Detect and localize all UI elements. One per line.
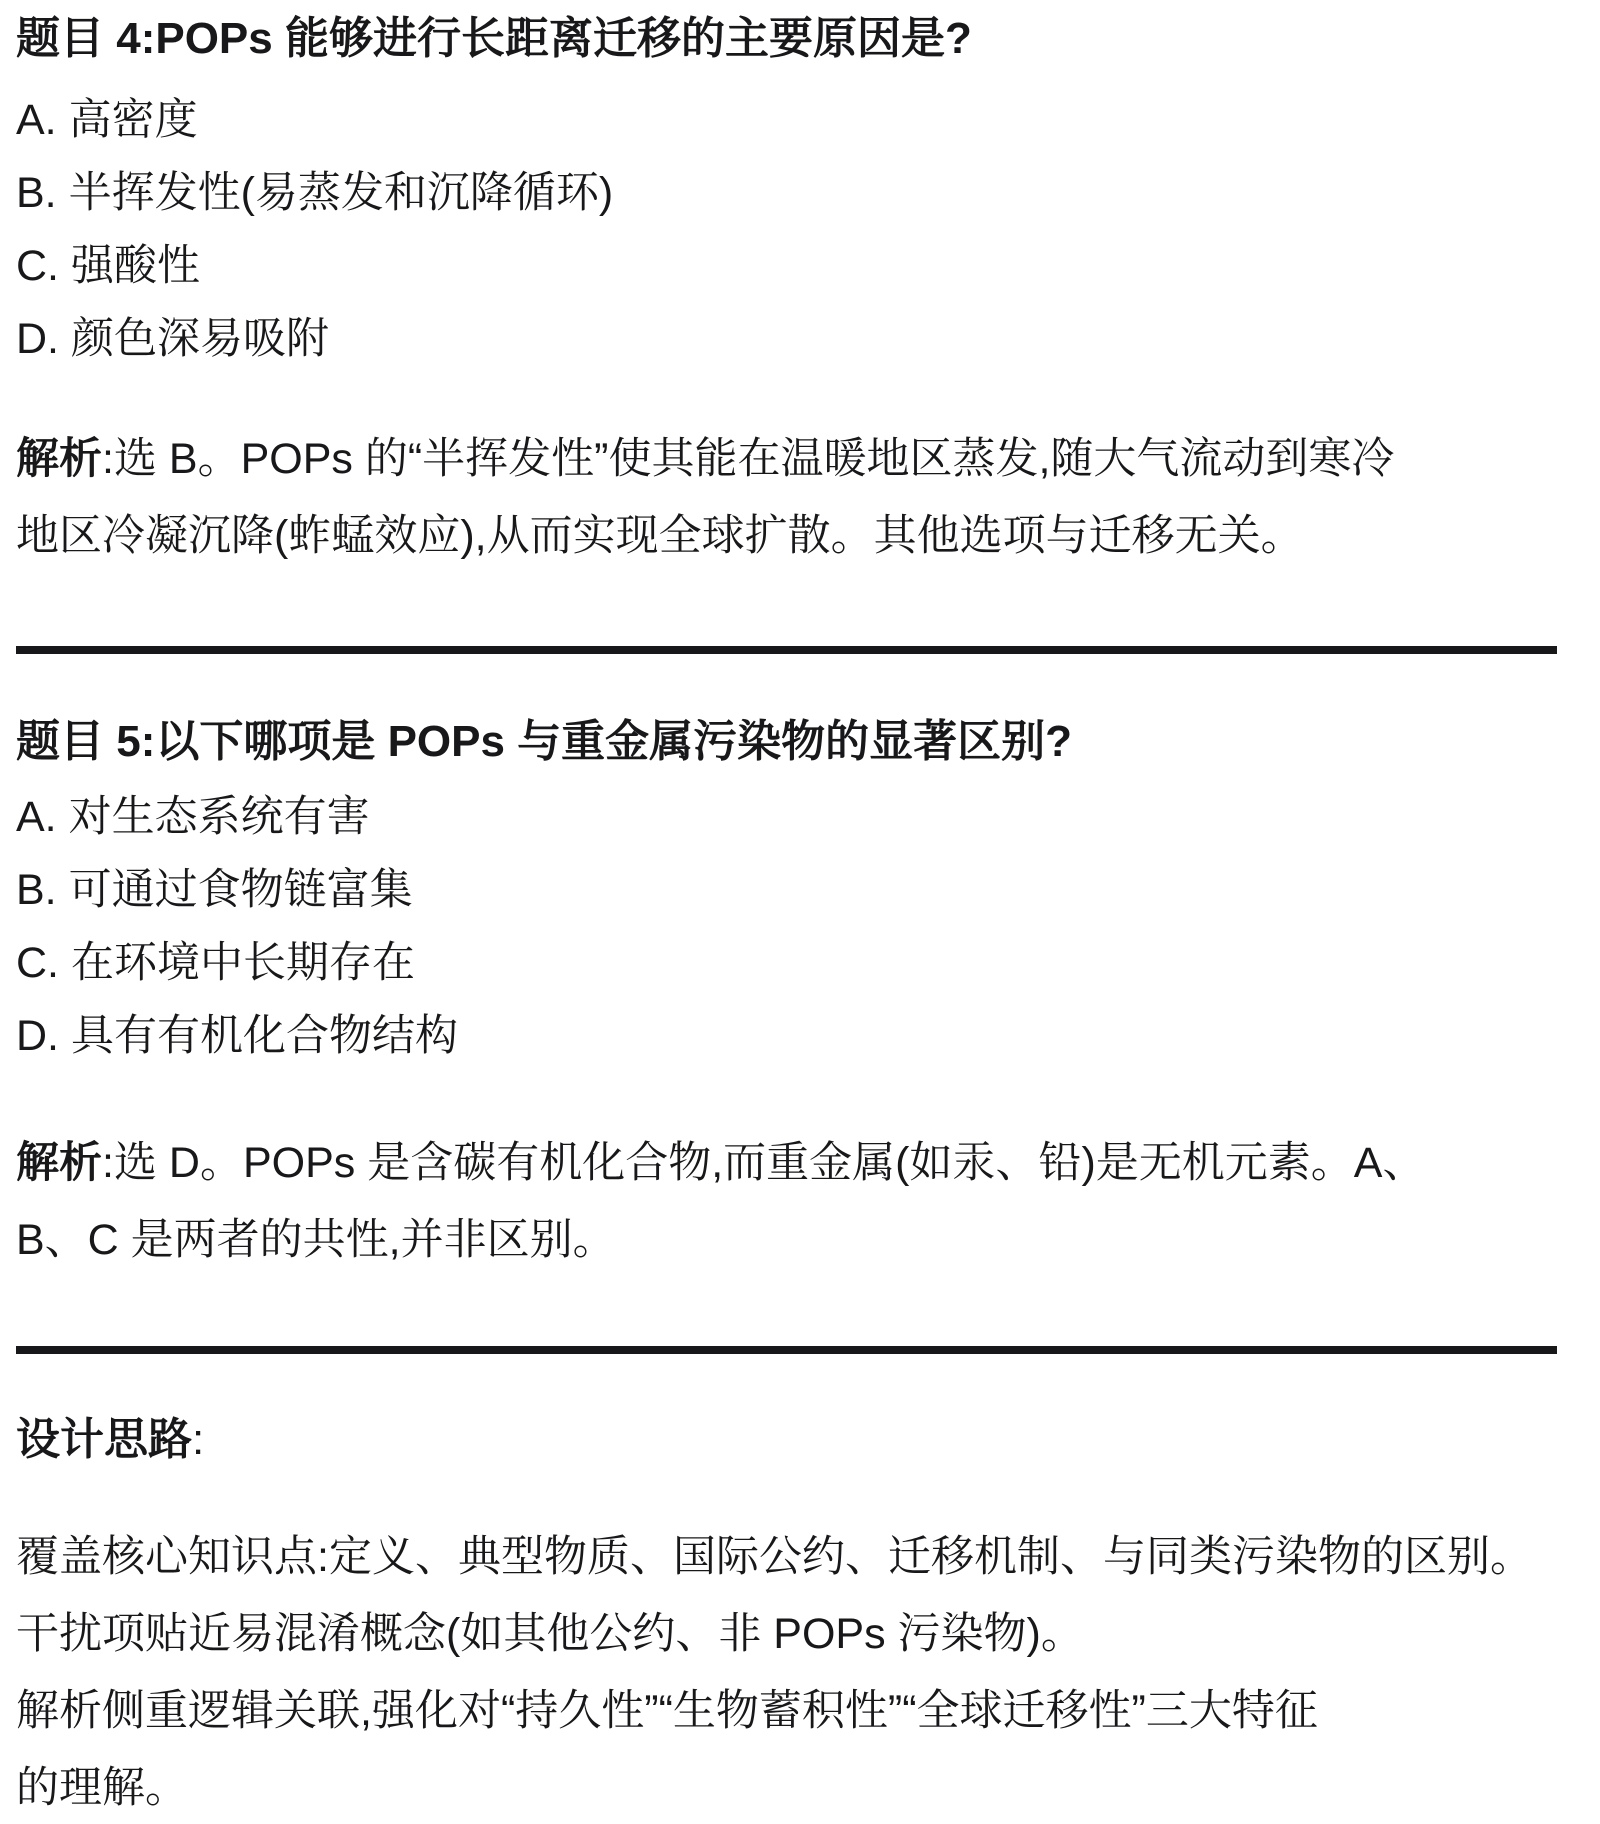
analysis-label: 解析 <box>16 1139 102 1187</box>
design-notes-body: 覆盖核心知识点:定义、典型物质、国际公约、迁移机制、与同类污染物的区别。 干扰项… <box>16 1519 1584 1824</box>
question-4-analysis: 解析:选 B。POPs 的“半挥发性”使其能在温暖地区蒸发,随大气流动到寒冷 地… <box>16 421 1584 575</box>
question-4-options: A. 高密度 B. 半挥发性(易蒸发和沉降循环) C. 强酸性 D. 颜色深易吸… <box>16 84 1584 376</box>
question-4-option-b: B. 半挥发性(易蒸发和沉降循环) <box>16 157 1584 230</box>
question-4-analysis-line-2: 地区冷凝沉降(蚱蜢效应),从而实现全球扩散。其他选项与迁移无关。 <box>16 498 1584 575</box>
question-5-analysis: 解析:选 D。POPs 是含碳有机化合物,而重金属(如汞、铅)是无机元素。A、 … <box>16 1125 1584 1279</box>
question-5-section: 题目 5:以下哪项是 POPs 与重金属污染物的显著区别? A. 对生态系统有害… <box>16 703 1584 1279</box>
question-5-option-d: D. 具有有机化合物结构 <box>16 1000 1584 1073</box>
question-4-title: 题目 4:POPs 能够进行长距离迁移的主要原因是? <box>16 0 1584 78</box>
design-notes-heading-label: 设计思路 <box>16 1415 192 1464</box>
question-4-section: 题目 4:POPs 能够进行长距离迁移的主要原因是? A. 高密度 B. 半挥发… <box>16 0 1584 575</box>
analysis-label: 解析 <box>16 435 102 483</box>
quiz-document: 题目 4:POPs 能够进行长距离迁移的主要原因是? A. 高密度 B. 半挥发… <box>0 0 1600 1824</box>
question-5-option-c: C. 在环境中长期存在 <box>16 927 1584 1000</box>
question-4-analysis-line-1: 解析:选 B。POPs 的“半挥发性”使其能在温暖地区蒸发,随大气流动到寒冷 <box>16 421 1584 498</box>
section-divider-2 <box>16 1346 1557 1354</box>
analysis-text: :选 B。POPs 的“半挥发性”使其能在温暖地区蒸发,随大气流动到寒冷 <box>102 435 1394 483</box>
design-notes-heading-colon: : <box>192 1415 204 1464</box>
design-note-line-3: 解析侧重逻辑关联,强化对“持久性”“生物蓄积性”“全球迁移性”三大特征 <box>16 1673 1584 1750</box>
design-note-line-1: 覆盖核心知识点:定义、典型物质、国际公约、迁移机制、与同类污染物的区别。 <box>16 1519 1584 1596</box>
design-notes-heading: 设计思路: <box>16 1401 1584 1479</box>
question-4-option-d: D. 颜色深易吸附 <box>16 303 1584 376</box>
question-4-option-a: A. 高密度 <box>16 84 1584 157</box>
question-5-analysis-line-1: 解析:选 D。POPs 是含碳有机化合物,而重金属(如汞、铅)是无机元素。A、 <box>16 1125 1584 1202</box>
analysis-text: :选 D。POPs 是含碳有机化合物,而重金属(如汞、铅)是无机元素。A、 <box>102 1139 1425 1187</box>
question-5-title: 题目 5:以下哪项是 POPs 与重金属污染物的显著区别? <box>16 703 1584 781</box>
design-note-line-4: 的理解。 <box>16 1750 1584 1824</box>
design-note-line-2: 干扰项贴近易混淆概念(如其他公约、非 POPs 污染物)。 <box>16 1596 1584 1673</box>
section-divider-1 <box>16 646 1557 654</box>
question-5-option-b: B. 可通过食物链富集 <box>16 854 1584 927</box>
question-5-options: A. 对生态系统有害 B. 可通过食物链富集 C. 在环境中长期存在 D. 具有… <box>16 781 1584 1073</box>
question-5-analysis-line-2: B、C 是两者的共性,并非区别。 <box>16 1202 1584 1279</box>
design-notes-section: 设计思路: 覆盖核心知识点:定义、典型物质、国际公约、迁移机制、与同类污染物的区… <box>16 1401 1584 1824</box>
question-4-option-c: C. 强酸性 <box>16 230 1584 303</box>
question-5-option-a: A. 对生态系统有害 <box>16 781 1584 854</box>
